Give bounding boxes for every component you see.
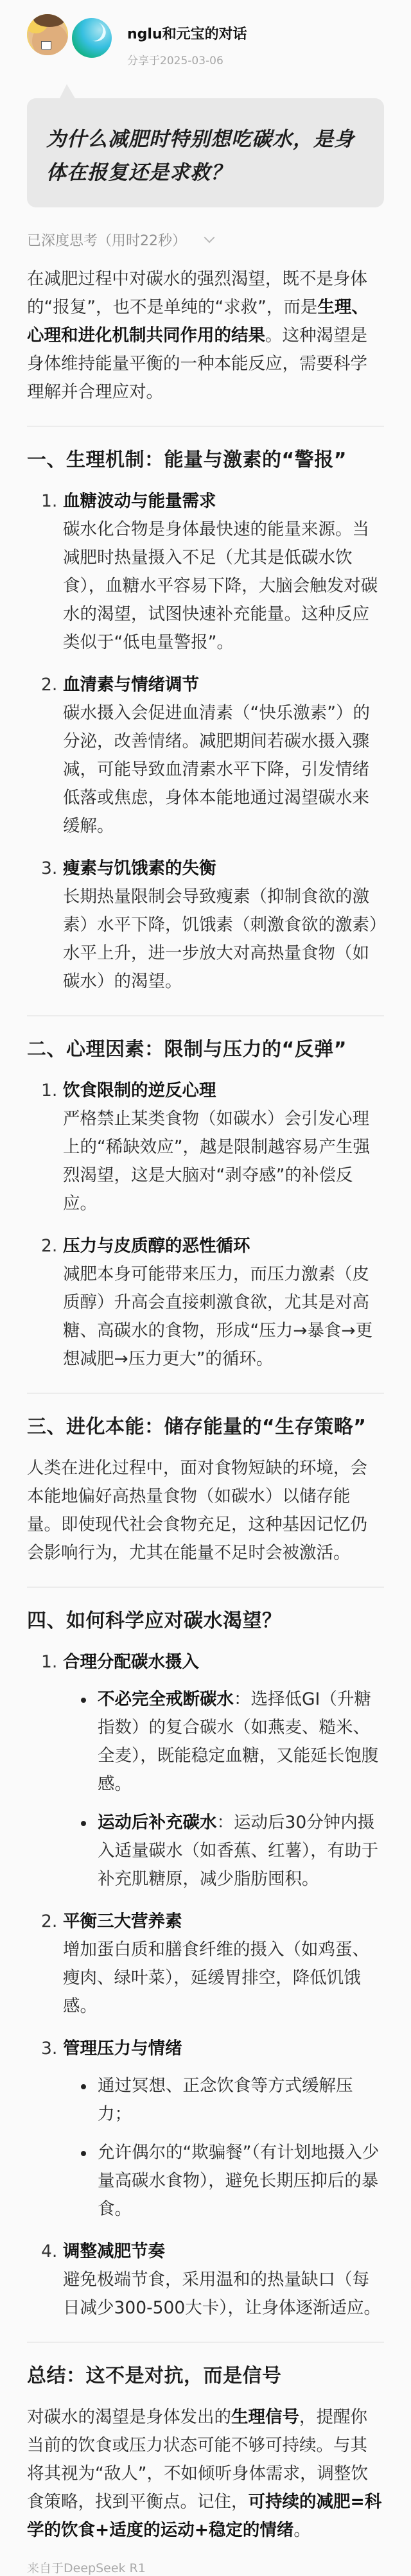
bullet-list: 通过冥想、正念饮食等方式缓解压力； 允许偶尔的“欺骗餐”（有计划地摄入少量高碳水… xyxy=(63,2072,384,2224)
bubble-tail xyxy=(59,84,76,100)
source-attribution: 来自于DeepSeek R1 xyxy=(27,2559,384,2576)
summary-heading: 总结：这不是对抗，而是信号 xyxy=(27,2362,384,2390)
user-avatar[interactable] xyxy=(27,14,68,55)
divider xyxy=(27,2342,384,2343)
list-item: 2.压力与皮质醇的恶性循环减肥本身可能带来压力，而压力激素（皮质醇）升高会直接刺… xyxy=(27,1232,384,1373)
list-item: 1.饮食限制的逆反心理严格禁止某类食物（如碳水）会引发心理上的“稀缺效应”，越是… xyxy=(27,1077,384,1218)
section-2-list: 1.饮食限制的逆反心理严格禁止某类食物（如碳水）会引发心理上的“稀缺效应”，越是… xyxy=(27,1077,384,1373)
list-item: 4.调整减肥节奏避免极端节食，采用温和的热量缺口（每日减少300-500大卡），… xyxy=(27,2238,384,2322)
divider xyxy=(27,1587,384,1588)
list-item: 3.管理压力与情绪 通过冥想、正念饮食等方式缓解压力； 允许偶尔的“欺骗餐”（有… xyxy=(27,2035,384,2224)
thinking-toggle[interactable]: 已深度思考（用时22秒） xyxy=(27,227,384,252)
yuanbao-logo-icon xyxy=(72,18,112,58)
bullet-item: 通过冥想、正念饮食等方式缓解压力； xyxy=(63,2072,384,2128)
section-3-paragraph: 人类在进化过程中，面对食物短缺的环境，会本能地偏好高热量食物（如碳水）以储存能量… xyxy=(27,1454,384,1567)
section-4-list: 1.合理分配碳水摄入 不必完全戒断碳水：选择低GI（升糖指数）的复合碳水（如燕麦… xyxy=(27,1648,384,2322)
share-date: 分享于2025-03-06 xyxy=(127,51,223,67)
thinking-label: 已深度思考（用时22秒） xyxy=(27,230,186,250)
list-item: 2.平衡三大营养素增加蛋白质和膳食纤维的摄入（如鸡蛋、瘦肉、绿叶菜），延缓胃排空… xyxy=(27,1908,384,2021)
user-question-bubble: 为什么减肥时特别想吃碳水，是身体在报复还是求救？ xyxy=(27,98,384,207)
question-text: 为什么减肥时特别想吃碳水，是身体在报复还是求救？ xyxy=(27,98,384,207)
section-heading-1: 一、生理机制：能量与激素的“警报” xyxy=(27,446,384,474)
section-heading-3: 三、进化本能：储存能量的“生存策略” xyxy=(27,1413,384,1441)
conversation-title: nglu和元宝的对话 xyxy=(127,23,247,43)
section-heading-2: 二、心理因素：限制与压力的“反弹” xyxy=(27,1036,384,1064)
divider xyxy=(27,1015,384,1016)
bullet-item: 不必完全戒断碳水：选择低GI（升糖指数）的复合碳水（如燕麦、糙米、全麦），既能稳… xyxy=(63,1685,384,1798)
bullet-list: 不必完全戒断碳水：选择低GI（升糖指数）的复合碳水（如燕麦、糙米、全麦），既能稳… xyxy=(63,1685,384,1893)
section-1-list: 1.血糖波动与能量需求碳水化合物是身体最快速的能量来源。当减肥时热量摄入不足（尤… xyxy=(27,487,384,996)
list-item: 2.血清素与情绪调节碳水摄入会促进血清素（“快乐激素”）的分泌，改善情绪。减肥期… xyxy=(27,671,384,840)
bullet-icon xyxy=(81,1698,86,1703)
summary-paragraph: 对碳水的渴望是身体发出的生理信号，提醒你当前的饮食或压力状态可能不够可持续。与其… xyxy=(27,2403,384,2545)
bullet-icon xyxy=(81,2084,86,2089)
chevron-down-icon[interactable] xyxy=(204,232,215,243)
intro-paragraph: 在减肥过程中对碳水的强烈渴望，既不是身体的“报复”，也不是单纯的“求救”，而是生… xyxy=(27,265,384,406)
answer-content: 在减肥过程中对碳水的强烈渴望，既不是身体的“报复”，也不是单纯的“求救”，而是生… xyxy=(27,265,384,2545)
bullet-icon xyxy=(81,1821,86,1826)
conversation-header: nglu和元宝的对话 分享于2025-03-06 xyxy=(0,0,411,90)
shared-conversation-page: nglu和元宝的对话 分享于2025-03-06 为什么减肥时特别想吃碳水，是身… xyxy=(0,0,411,2576)
list-item: 1.合理分配碳水摄入 不必完全戒断碳水：选择低GI（升糖指数）的复合碳水（如燕麦… xyxy=(27,1648,384,1893)
bullet-item: 运动后补充碳水：运动后30分钟内摄入适量碳水（如香蕉、红薯），有助于补充肌糖原，… xyxy=(63,1809,384,1893)
divider xyxy=(27,426,384,427)
list-item: 3.瘦素与饥饿素的失衡长期热量限制会导致瘦素（抑制食欲的激素）水平下降，饥饿素（… xyxy=(27,855,384,996)
divider xyxy=(27,1393,384,1394)
list-item: 1.血糖波动与能量需求碳水化合物是身体最快速的能量来源。当减肥时热量摄入不足（尤… xyxy=(27,487,384,657)
bullet-icon xyxy=(81,2151,86,2156)
section-heading-4: 四、如何科学应对碳水渴望？ xyxy=(27,1607,384,1635)
bullet-item: 允许偶尔的“欺骗餐”（有计划地摄入少量高碳水食物），避免长期压抑后的暴食。 xyxy=(63,2139,384,2224)
